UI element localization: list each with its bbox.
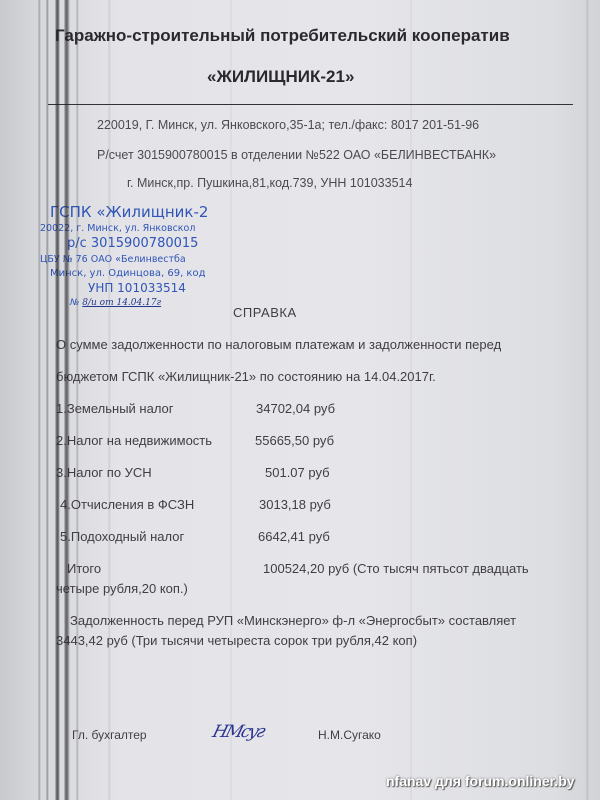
signatory-position: Гл. бухгалтер xyxy=(72,728,147,742)
total-label: Итого xyxy=(67,561,101,576)
tax-amount: 501.07 руб xyxy=(265,465,395,480)
tax-label: 4.Отчисления в ФСЗН xyxy=(60,497,194,512)
stamp-line: УНП 101033514 xyxy=(88,281,186,295)
address-line: 220019, Г. Минск, ул. Янковского,35-1а; … xyxy=(97,118,479,132)
stamp-line: 20022, г. Минск, ул. Янковскол xyxy=(40,223,195,234)
org-name-heading: «ЖИЛИЩНИК-21» xyxy=(207,67,354,87)
tax-amount: 34702,04 руб xyxy=(256,401,386,416)
tax-label: 3.Налог по УСН xyxy=(56,465,152,480)
org-type-heading: Гаражно-строительный потребительский коо… xyxy=(55,26,510,46)
stamp-line: р/с 3015900780015 xyxy=(67,236,198,251)
tax-amount: 6642,41 руб xyxy=(258,529,388,544)
stamp-number-handwritten: 8/и от 14.04.17г xyxy=(82,298,161,308)
bank-account-line: Р/счет 3015900780015 в отделении №522 ОА… xyxy=(97,148,496,162)
tax-label: 5.Подоходный налог xyxy=(60,529,184,544)
total-amount: 100524,20 руб (Сто тысяч пятьсот двадцат… xyxy=(263,561,529,576)
stamp-number-line: № 8/и от 14.04.17г xyxy=(70,298,161,308)
tax-amount: 55665,50 руб xyxy=(255,433,385,448)
stamp-line: ГСПК «Жилищник-2 xyxy=(50,203,208,221)
bank-address-line: г. Минск,пр. Пушкина,81,код.739, УНН 101… xyxy=(127,176,412,190)
tax-label: 2.Налог на недвижимость xyxy=(56,433,212,448)
intro-line-2: бюджетом ГСПК «Жилищник-21» по состоянию… xyxy=(56,369,436,384)
handwritten-signature: НМсуг xyxy=(210,722,266,742)
document-title: СПРАВКА xyxy=(233,305,297,320)
stamp-number-prefix: № xyxy=(70,298,79,308)
energy-debt-line-1: Задолженность перед РУП «Минскэнерго» ф-… xyxy=(70,613,516,628)
tax-amount: 3013,18 руб xyxy=(259,497,389,512)
energy-debt-line-2: 3443,42 руб (Три тысячи четыреста сорок … xyxy=(56,633,417,648)
stamp-line: ЦБУ № 76 ОАО «Белинвестба xyxy=(40,254,186,265)
document-page: Гаражно-строительный потребительский коо… xyxy=(0,0,600,800)
header-divider xyxy=(48,104,573,105)
signatory-name: Н.М.Сугако xyxy=(318,728,381,742)
total-amount-words: четыре рубля,20 коп.) xyxy=(56,581,188,596)
tax-label: 1.Земельный налог xyxy=(56,401,174,416)
stamp-line: Минск, ул. Одинцова, 69, код xyxy=(50,268,206,279)
intro-line-1: О сумме задолженности по налоговым плате… xyxy=(56,337,501,352)
watermark: nfanav для forum.onliner.by xyxy=(386,773,575,789)
